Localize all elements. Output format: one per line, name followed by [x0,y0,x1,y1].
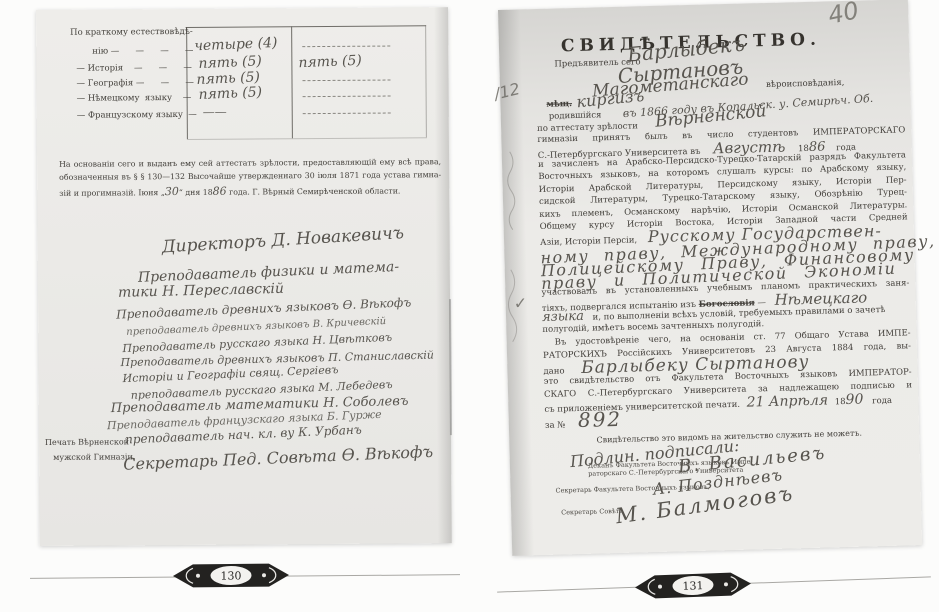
grade-value: —— [203,105,227,119]
margin-checkmark: ✓ [513,293,527,312]
table-header-label: По краткому естествовѣдѣ- [70,27,193,38]
seal-caption-line: Печать Вѣрненской [45,437,129,447]
seal-caption-line: мужской Гимназіи [53,452,133,462]
grade-value: четыре (4) [194,35,278,54]
table-border-bottom [187,137,427,140]
paragraph-text: года. Г. Вѣрный Семирѣченской области. [227,186,401,196]
table-border-top [186,25,426,28]
page-number-ornament-right: 131 [634,570,753,601]
body-text: 18 [835,397,846,407]
handwritten-year: 86 [213,185,227,198]
paragraph-text: “ дня 18 [179,188,213,197]
handwritten-day: 30 [165,185,179,198]
body-text: съ приложеніемъ университетской печати. [544,400,740,415]
table-border-v2 [291,26,293,138]
year-handwritten: 90 [845,392,863,408]
body-text: за № [545,420,566,431]
table-row-label: — Исторія — — — [76,63,192,74]
signature-line: Секретарь Пед. Совѣта Ѳ. Вѣкофъ [123,442,434,474]
attestat-paragraph-line: На основаніи сего и выданъ ему сей аттес… [59,157,441,169]
left-page-number: 130 [220,569,241,582]
table-row-label: — Французскому языку — [77,110,197,121]
right-page: 40 /12 ✓ СВИДѢТЕЛЬСТВО. Предъявитель сег… [498,0,922,556]
signature-line: тики Н. Переславскій [118,281,284,301]
religion-label: вѣроисповѣданія, [766,77,845,92]
body-line: за № 892 [545,413,623,433]
page-number-ornament-left: 130 [172,561,290,589]
signature-line: Директоръ Д. Новакевичъ [161,223,404,257]
margin-number: /12 [492,79,521,103]
book-spread: По краткому естествовѣдѣ- нію — — — — — … [0,0,939,612]
table-row-label: — Географія — — — [76,78,193,89]
archive-folio-number: 40 [826,0,862,30]
table-row-label: — Нѣмецкому языку — [77,93,192,104]
table-row-label: нію — — — — [92,46,193,57]
margin-scribbles [500,149,526,369]
grade-value: пять (5) [198,84,262,103]
attestat-paragraph-line: зій и прогимназій. Іюня „30“ дня 1886 го… [59,183,400,198]
grade-value-second-column: пять (5) [298,53,362,72]
table-border-right [425,25,427,137]
left-page: По краткому естествовѣдѣ- нію — — — — — … [36,7,452,546]
paragraph-text: зій и прогимназій. Іюня „ [59,188,165,198]
right-page-number: 131 [682,579,703,593]
empty-grade-line [302,46,390,48]
attestat-paragraph-line: обозначенныя въ § § 130—132 Высочайше ут… [59,170,441,182]
empty-grade-line [303,113,391,115]
certificate-number-handwritten: 892 [578,407,623,432]
body-text: года [872,396,892,407]
empty-grade-line [302,80,390,82]
page-edge-shadow [449,299,452,435]
date-handwritten: 21 Апрѣля [746,392,828,410]
empty-grade-line [303,96,391,98]
